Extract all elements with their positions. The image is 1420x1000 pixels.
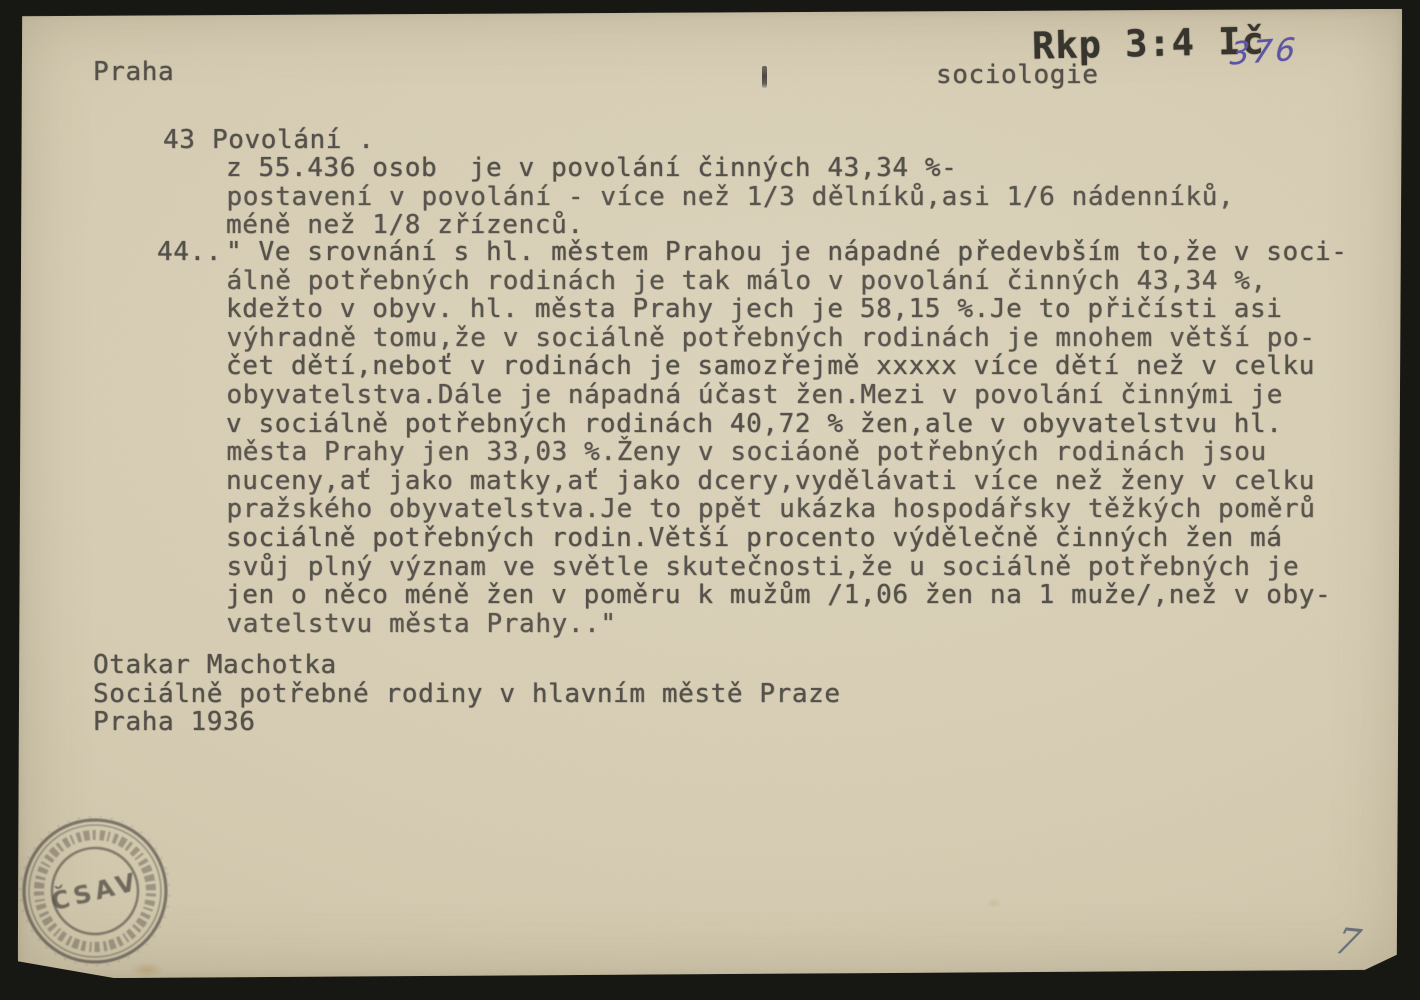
paper-stain: [130, 962, 164, 978]
typed-line: " Ve srovnání s hl. městem Prahou je náp…: [226, 238, 1347, 267]
section-44-body: " Ve srovnání s hl. městem Prahou je náp…: [226, 238, 1347, 638]
typed-line: álně potřebných rodinách je tak málo v p…: [227, 267, 1348, 296]
source-place-year: Praha 1936: [93, 708, 256, 737]
typed-line: pražského obyvatelstva.Je to ppět ukázka…: [227, 495, 1348, 524]
typed-line: čet dětí,neboť v rodinách je samozřejmě …: [226, 352, 1347, 381]
paper-stain: [986, 898, 1002, 908]
typed-line: města Prahy jen 33,03 %.Ženy v sociáoně …: [227, 438, 1348, 467]
accession-number-handwritten: 376: [1229, 31, 1300, 72]
typed-line: méně než 1/8 zřízenců.: [226, 211, 1234, 240]
scanned-card-page: Praha sociologie Rkp 3:4 Ič 376 43 Povol…: [0, 0, 1420, 1000]
section-43-title: Povolání .: [212, 126, 375, 155]
section-44-number: 44..: [157, 238, 222, 267]
typed-line: kdežto v obyv. hl. města Prahy jech je 5…: [226, 295, 1347, 324]
section-43-number: 43: [163, 126, 196, 155]
typed-line: obyvatelstva.Dále je nápadná účast žen.M…: [227, 381, 1348, 410]
typed-line: z 55.436 osob je v povolání činných 43,3…: [226, 154, 1234, 183]
typed-line: sociálně potřebných rodin.Větší procento…: [226, 524, 1347, 553]
typed-line: vatelstvu města Prahy..": [227, 610, 1348, 639]
stamp-center-text: ČSAV: [48, 866, 142, 917]
source-title: Sociálně potřebné rodiny v hlavním městě…: [93, 680, 841, 709]
typed-line: v sociálně potřebných rodinách 40,72 % ž…: [226, 410, 1347, 439]
typed-line: nuceny,ať jako matky,ať jako dcery,vyděl…: [226, 467, 1347, 496]
typed-line: jen o něco méně žen v poměru k mužům /1,…: [226, 581, 1347, 610]
section-43-body: z 55.436 osob je v povolání činných 43,3…: [226, 154, 1234, 240]
typed-line: postavení v povolání - více než 1/3 děln…: [227, 183, 1235, 212]
typed-line: svůj plný význam ve světle skutečnosti,ž…: [227, 553, 1348, 582]
typed-line: výhradně tomu,že v sociálně potřebných r…: [227, 324, 1348, 353]
stray-ink-mark: [762, 66, 767, 88]
source-author: Otakar Machotka: [93, 651, 337, 680]
header-city-label: Praha: [93, 58, 174, 87]
